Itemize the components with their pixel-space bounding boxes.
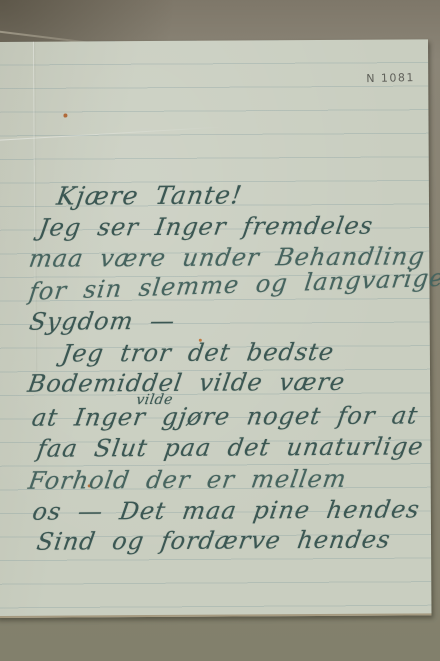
handwritten-line-12: Sind og fordærve hendes xyxy=(35,528,392,554)
letter-page: N 1081 Kjære Tante! Jeg ser Inger fremde… xyxy=(0,39,432,618)
handwritten-line-11: os — Det maa pine hendes xyxy=(31,497,422,523)
handwritten-line-5: Sygdom — xyxy=(28,309,177,334)
rust-speck xyxy=(63,114,67,118)
handwritten-line-8: at Inger gjøre noget for at xyxy=(30,403,420,429)
archival-number: N 1081 xyxy=(366,71,415,85)
handwritten-line-10: Forhold der er mellem xyxy=(27,467,349,493)
handwritten-line-6: Jeg tror det bedste xyxy=(60,340,336,366)
handwritten-line-9: faa Slut paa det unaturlige xyxy=(36,434,426,460)
photograph: N 1081 Kjære Tante! Jeg ser Inger fremde… xyxy=(0,0,440,661)
handwritten-line-salutation: Kjære Tante! xyxy=(55,182,244,208)
handwritten-line-7: Bodemiddel vilde være xyxy=(26,370,347,396)
handwritten-line-2: Jeg ser Inger fremdeles xyxy=(37,214,375,240)
